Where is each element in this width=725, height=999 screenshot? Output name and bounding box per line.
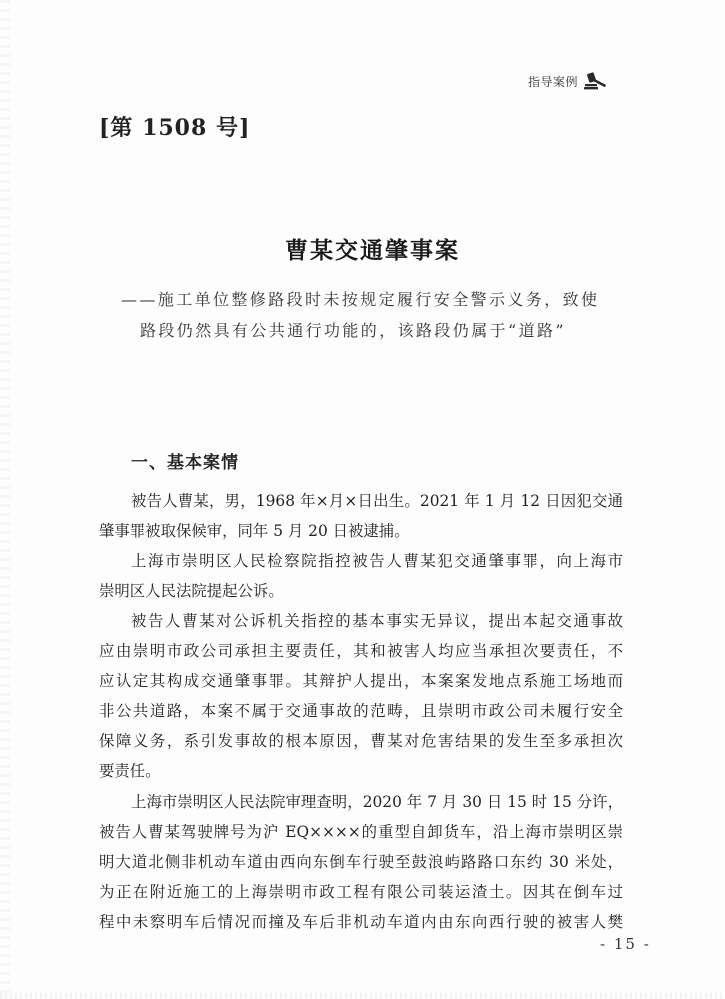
body-line: 被告人曹某，男，1968 年×月×日出生。2021 年 1 月 12 日因犯交通 bbox=[131, 491, 623, 511]
body-line: 应由崇明市政公司承担主要责任，其和被害人均应当承担次要责任，不 bbox=[99, 641, 623, 661]
body-line: 明大道北侧非机动车道由西向东倒车行驶至鼓浪屿路路口东约 30 米处， bbox=[99, 852, 623, 872]
document-page: 指导案例 [第 1508 号] 曹某交通肇事案 ——施工单位整修路段时未按规定履… bbox=[0, 0, 725, 999]
running-head-label: 指导案例 bbox=[528, 73, 578, 90]
scan-gutter bbox=[0, 0, 10, 999]
running-head: 指导案例 bbox=[528, 72, 610, 90]
body-line: 为正在附近施工的上海崇明市政工程有限公司装运渣土。因其在倒车过 bbox=[99, 882, 623, 902]
body-line: 要责任。 bbox=[99, 761, 623, 781]
body-line: 程中未察明车后情况而撞及车后非机动车道内由东向西行驶的被害人樊 bbox=[99, 912, 623, 932]
body-line: 非公共道路，本案不属于交通事故的范畴，且崇明市政公司未履行安全 bbox=[99, 701, 623, 721]
case-number: [第 1508 号] bbox=[99, 111, 250, 142]
section-heading: 一、基本案情 bbox=[131, 448, 239, 473]
body-line: 崇明区人民法院提起公诉。 bbox=[99, 581, 623, 601]
body-line: 被告人曹某驾驶牌号为沪 EQ××××的重型自卸货车，沿上海市崇明区崇 bbox=[99, 822, 623, 842]
body-line: 上海市崇明区人民检察院指控被告人曹某犯交通肇事罪，向上海市 bbox=[131, 551, 623, 571]
body-line: 肇事罪被取保候审，同年 5 月 20 日被逮捕。 bbox=[99, 521, 623, 541]
gavel-icon bbox=[584, 72, 610, 90]
body-line: 保障义务，系引发事故的根本原因，曹某对危害结果的发生至多承担次 bbox=[99, 731, 623, 751]
body-line: 应认定其构成交通肇事罪。其辩护人提出，本案案发地点系施工场地而 bbox=[99, 671, 623, 691]
body-line: 上海市崇明区人民法院审理查明，2020 年 7 月 30 日 15 时 15 分… bbox=[131, 792, 623, 812]
subtitle-line: ——施工单位整修路段时未按规定履行安全警示义务，致使 bbox=[121, 287, 599, 310]
body-line: 被告人曹某对公诉机关指控的基本事实无异议，提出本起交通事故 bbox=[131, 611, 623, 631]
scan-edge bbox=[0, 993, 725, 999]
case-title: 曹某交通肇事案 bbox=[0, 232, 725, 265]
subtitle-line: 路段仍然具有公共通行功能的，该路段仍属于“道路” bbox=[140, 318, 566, 341]
page-number: - 15 - bbox=[600, 935, 651, 953]
